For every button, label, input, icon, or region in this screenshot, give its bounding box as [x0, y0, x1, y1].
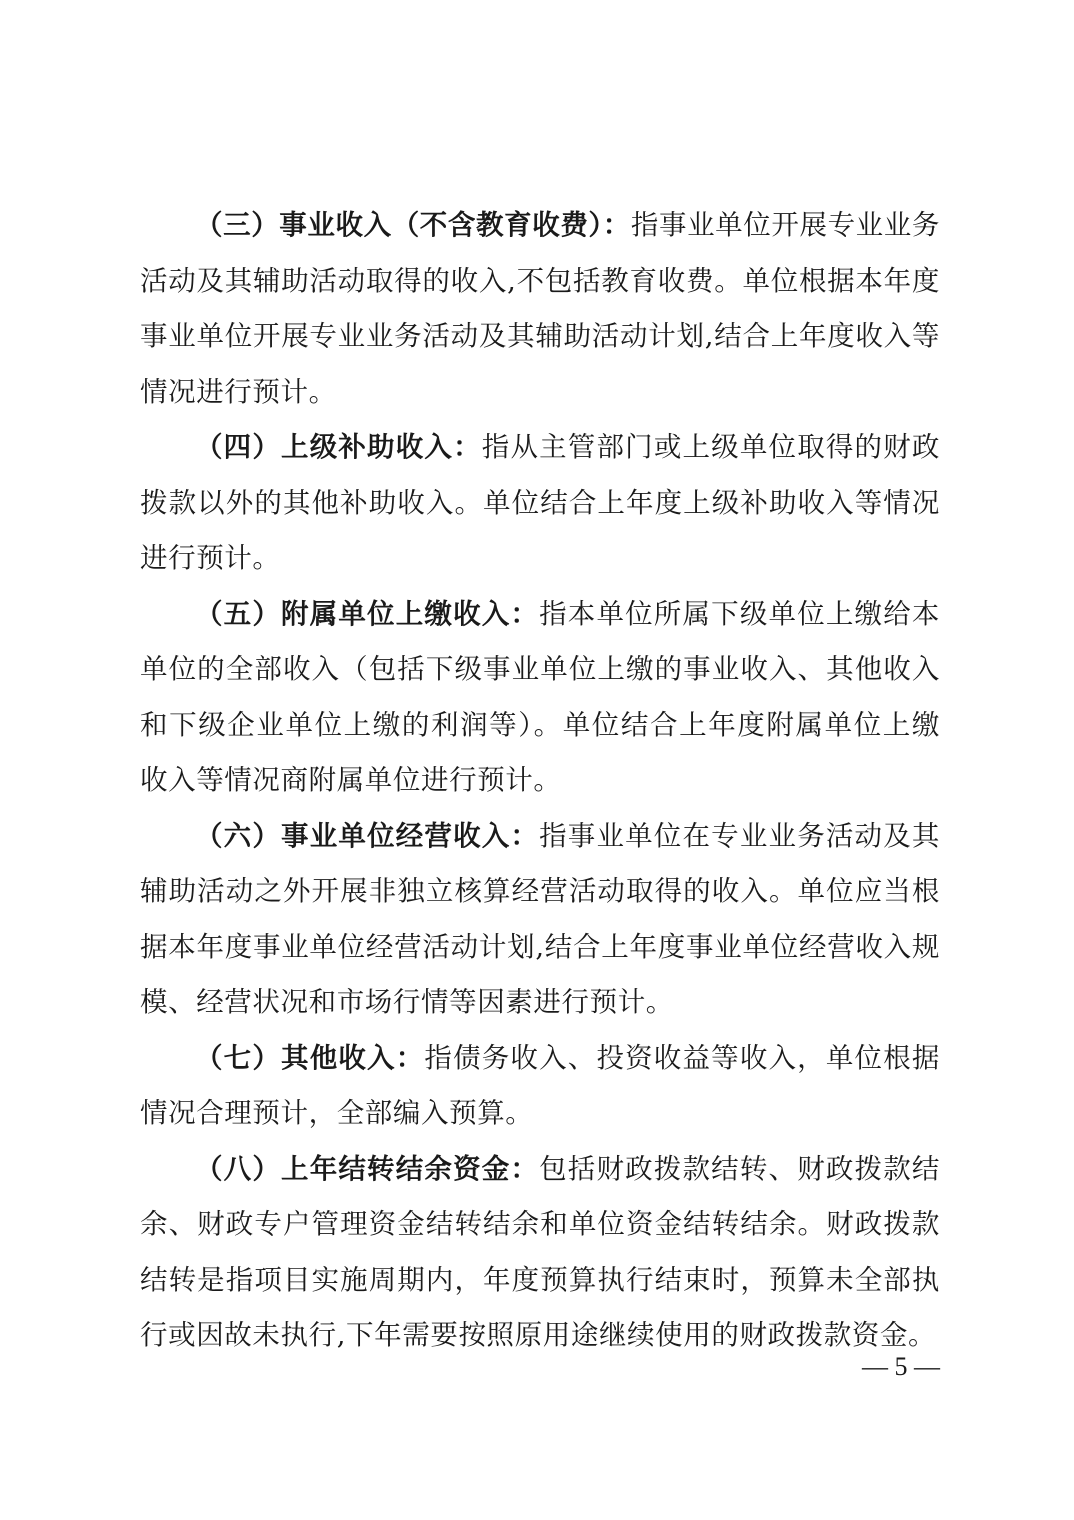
paragraph-operating-income: （六）事业单位经营收入：指事业单位在专业业务活动及其辅助活动之外开展非独立核算经…	[140, 809, 940, 1031]
paragraph-superior-subsidy-income: （四）上级补助收入：指从主管部门或上级单位取得的财政拨款以外的其他补助收入。单位…	[140, 420, 940, 587]
paragraph-heading: （三）事业收入（不含教育收费）：	[195, 209, 631, 241]
paragraph-other-income: （七）其他收入：指债务收入、投资收益等收入，单位根据情况合理预计，全部编入预算。	[140, 1031, 940, 1142]
page-number: — 5 —	[862, 1352, 940, 1382]
paragraph-heading: （七）其他收入：	[195, 1042, 424, 1074]
paragraph-heading: （四）上级补助收入：	[195, 431, 482, 463]
paragraph-carryover-funds: （八）上年结转结余资金：包括财政拨款结转、财政拨款结余、财政专户管理资金结转结余…	[140, 1142, 940, 1364]
paragraph-heading: （五）附属单位上缴收入：	[195, 598, 539, 630]
paragraph-heading: （六）事业单位经营收入：	[195, 820, 539, 852]
paragraph-subsidiary-remittance-income: （五）附属单位上缴收入：指本单位所属下级单位上缴给本单位的全部收入（包括下级事业…	[140, 587, 940, 809]
paragraph-heading: （八）上年结转结余资金：	[195, 1153, 539, 1185]
document-page: （三）事业收入（不含教育收费）：指事业单位开展专业业务活动及其辅助活动取得的收入…	[140, 198, 940, 1364]
paragraph-business-income: （三）事业收入（不含教育收费）：指事业单位开展专业业务活动及其辅助活动取得的收入…	[140, 198, 940, 420]
